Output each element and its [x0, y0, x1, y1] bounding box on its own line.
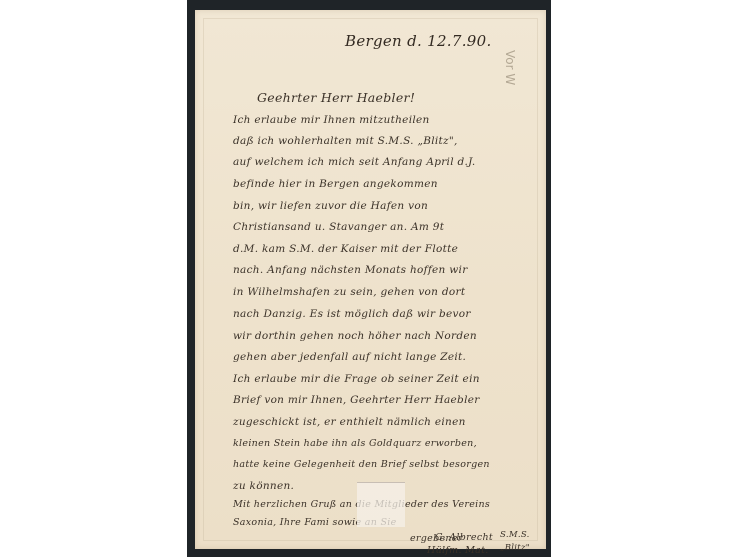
body-line: gehen aber jedenfall auf nicht lange Zei… — [233, 351, 466, 363]
body-line: in Wilhelmshafen zu sein, gehen von dort — [233, 286, 465, 298]
body-line: hatte keine Gelegenheit den Brief selbst… — [233, 459, 490, 470]
body-line: bin, wir liefen zuvor die Hafen von — [233, 200, 428, 212]
body-line: Brief von mir Ihnen, Geehrter Herr Haebl… — [233, 394, 480, 406]
body-line: zu können. — [233, 480, 294, 492]
body-line: nach. Anfang nächsten Monats hoffen wir — [233, 264, 468, 276]
body-line: zugeschickt ist, er enthielt nämlich ein… — [233, 416, 466, 428]
letter-heading-place-date: Bergen d. 12.7.90. — [345, 32, 492, 50]
body-line: befinde hier in Bergen angekommen — [233, 178, 438, 190]
letter-salutation: Geehrter Herr Haebler! — [257, 90, 415, 105]
signature-rank: Hülfm. Mat. — [427, 545, 489, 556]
body-line: d.M. kam S.M. der Kaiser mit der Flotte — [233, 243, 458, 255]
letter-sheet: Bergen d. 12.7.90. Vor W Geehrter Herr H… — [195, 10, 546, 549]
body-line: nach Danzig. Es ist möglich daß wir bevo… — [233, 308, 471, 320]
body-line: kleinen Stein habe ihn als Goldquarz erw… — [233, 438, 477, 449]
pencil-margin-note: Vor W — [503, 50, 517, 85]
paper-repair-patch — [357, 482, 405, 527]
signature-ship-line1: S.M.S. — [500, 530, 530, 540]
body-line: Ich erlaube mir die Frage ob seiner Zeit… — [233, 373, 480, 385]
signature-ship-line2: „Blitz" — [500, 543, 530, 553]
body-line: wir dorthin gehen noch höher nach Norden — [233, 330, 477, 342]
body-line: daß ich wohlerhalten mit S.M.S. „Blitz", — [233, 135, 458, 147]
body-line: Ich erlaube mir Ihnen mitzutheilen — [233, 114, 430, 126]
signature-name: G. Albrecht — [435, 532, 493, 543]
body-line: auf welchem ich mich seit Anfang April d… — [233, 156, 476, 168]
body-line: Christiansand u. Stavanger an. Am 9t — [233, 221, 444, 233]
